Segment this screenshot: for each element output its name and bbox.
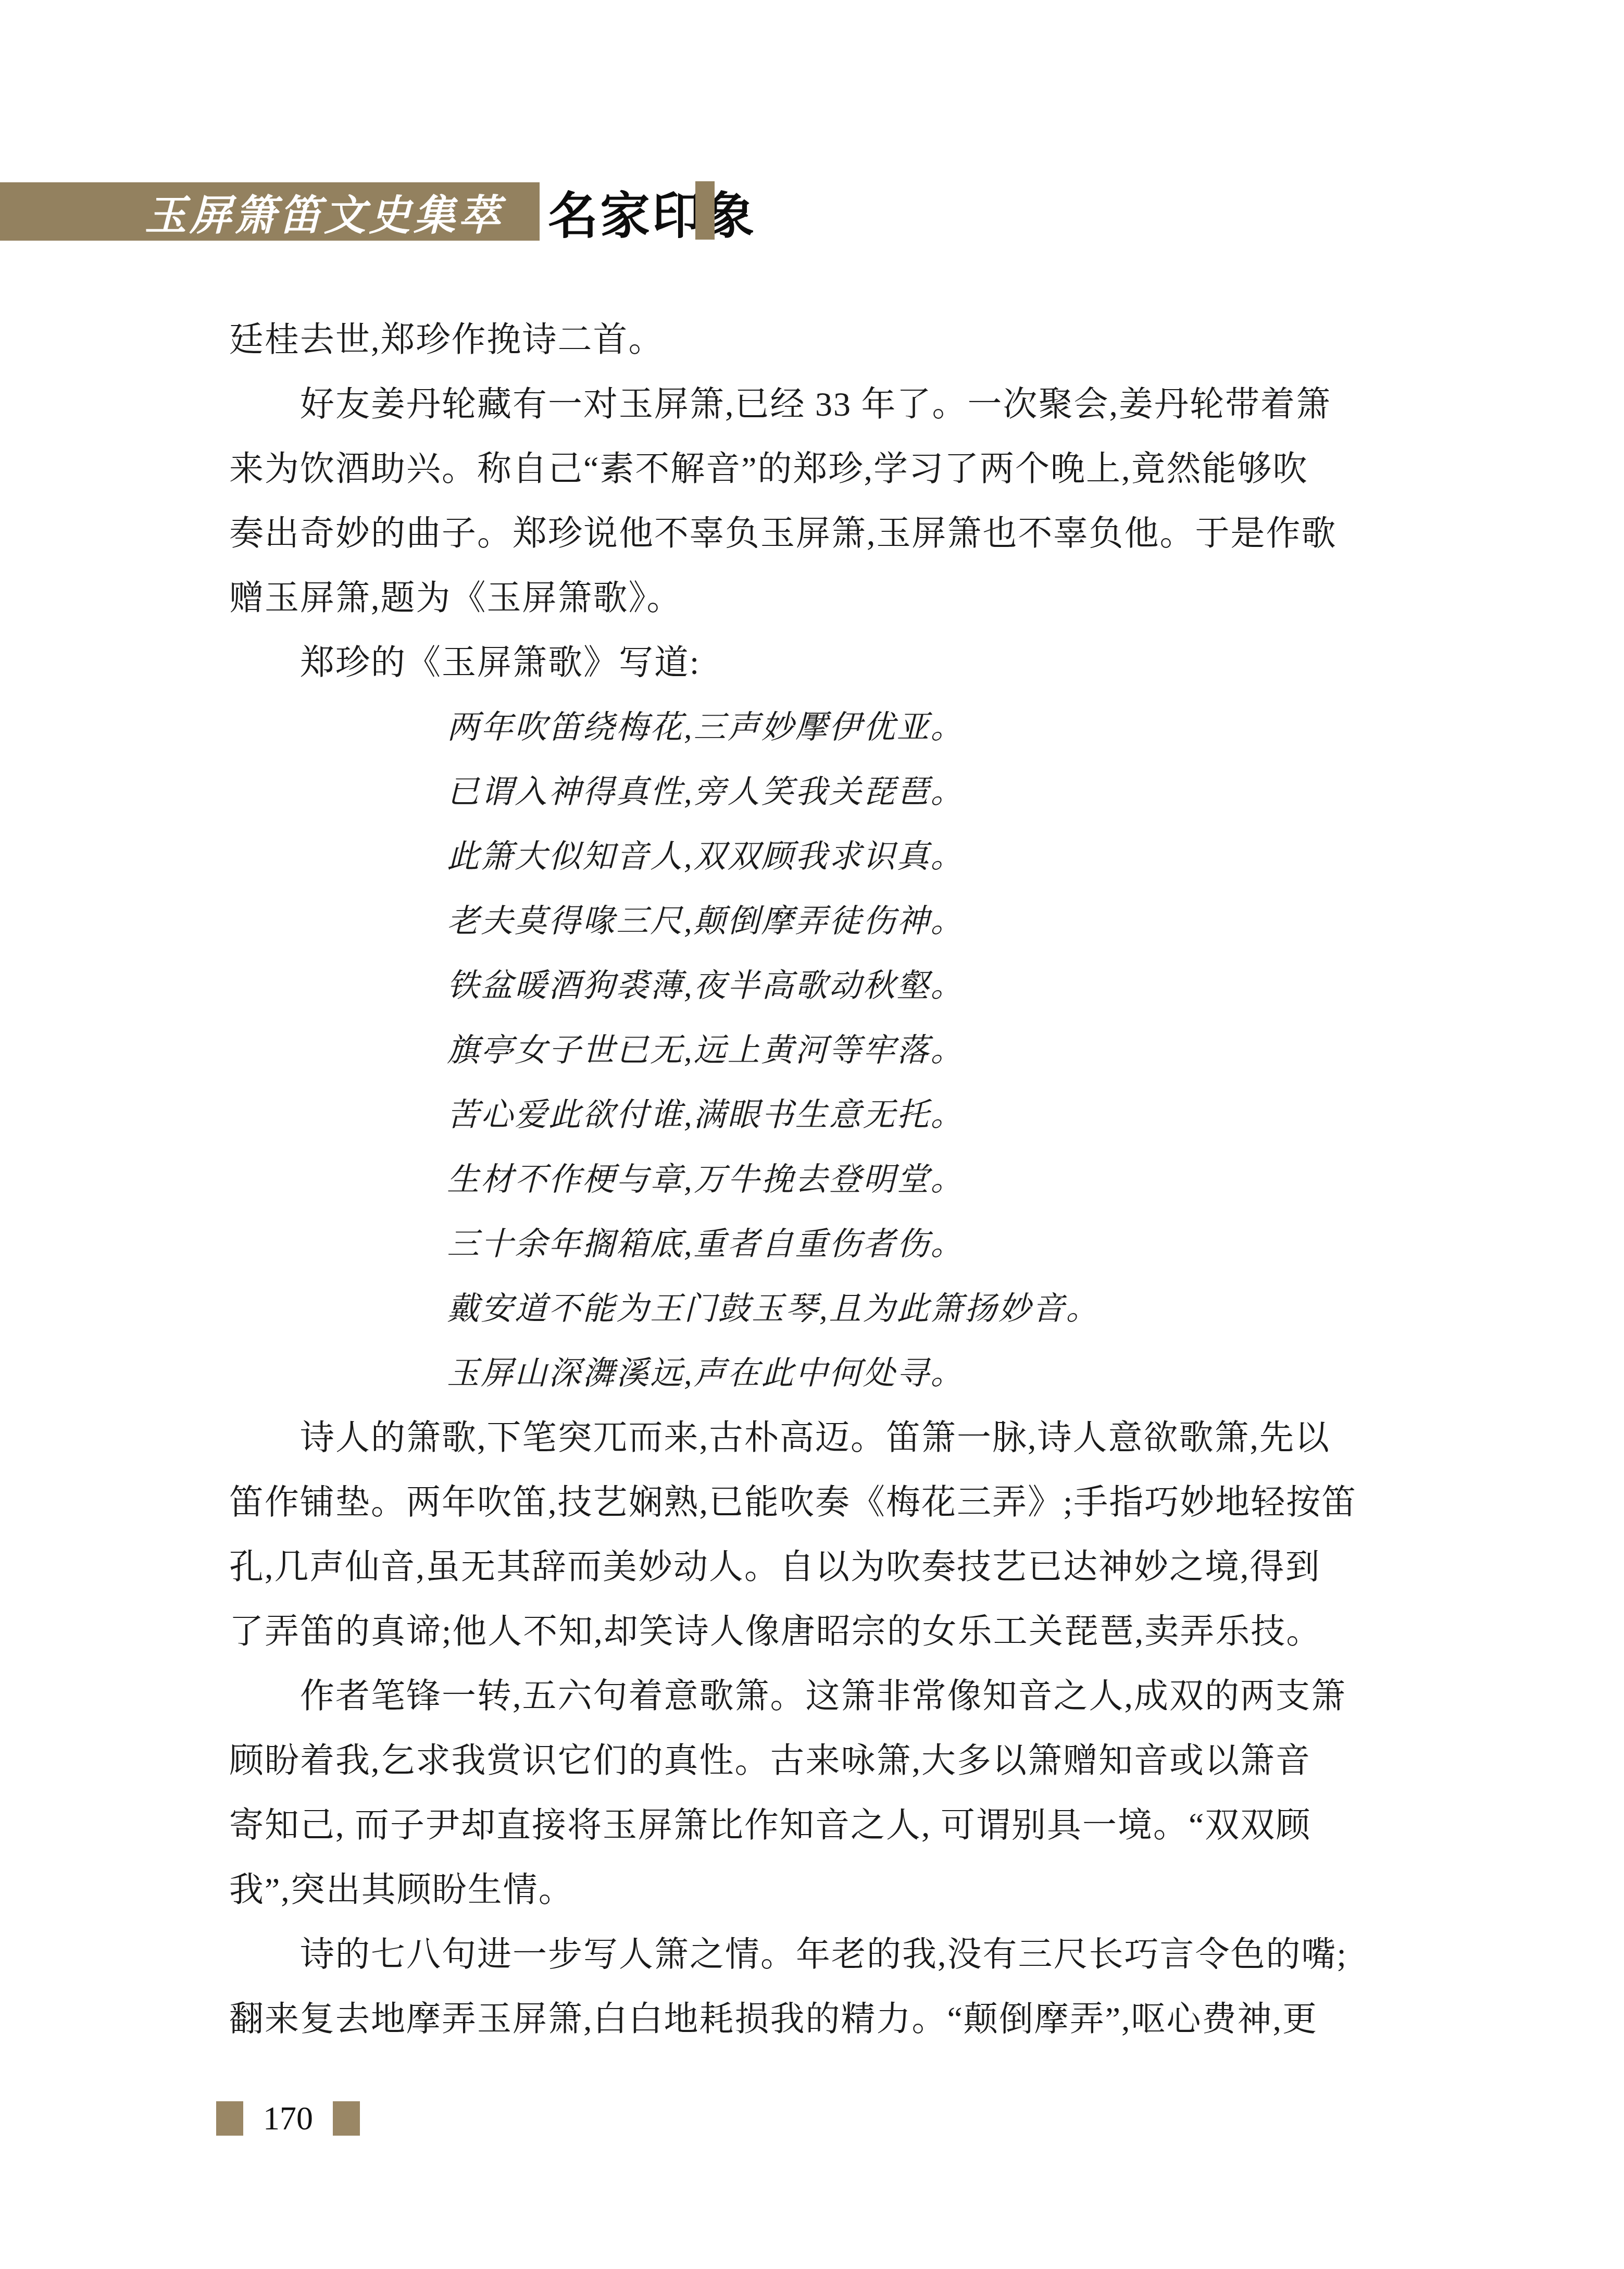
poem-line: 此箫大似知音人,双双顾我求识真。 (447, 825, 1370, 889)
body-text: 廷桂去世,郑珍作挽诗二首。 好友姜丹轮藏有一对玉屏箫,已经 33 年了。一次聚会… (229, 308, 1370, 2052)
page-footer: 170 (216, 2101, 360, 2136)
text-line: 作者笔锋一转,五六句着意歌箫。这箫非常像知音之人,成双的两支箫 (229, 1664, 1370, 1729)
page-number: 170 (263, 2101, 313, 2136)
text-line: 诗人的箫歌,下笔突兀而来,古朴高迈。笛箫一脉,诗人意欲歌箫,先以 (229, 1406, 1370, 1470)
poem-line: 苦心爱此欲付谁,满眼书生意无托。 (447, 1083, 1370, 1148)
poem-line: 两年吹笛绕梅花,三声妙擪伊优亚。 (447, 695, 1370, 760)
text-line: 赠玉屏箫,题为《玉屏箫歌》。 (229, 566, 1370, 631)
text-line: 奏出奇妙的曲子。郑珍说他不辜负玉屏箫,玉屏箫也不辜负他。于是作歌 (229, 502, 1370, 566)
footer-left-square (216, 2101, 243, 2136)
text-line: 寄知己, 而子尹却直接将玉屏箫比作知音之人, 可谓别具一境。“双双顾 (229, 1793, 1370, 1858)
text-line: 孔,几声仙音,虽无其辞而美妙动人。自以为吹奏技艺已达神妙之境,得到 (229, 1535, 1370, 1600)
text-line: 顾盼着我,乞求我赏识它们的真性。古来咏箫,大多以箫赠知音或以箫音 (229, 1729, 1370, 1793)
poem-line: 生材不作梗与章,万牛挽去登明堂。 (447, 1148, 1370, 1212)
header-accent-bar (695, 181, 715, 240)
text-line: 廷桂去世,郑珍作挽诗二首。 (229, 308, 1370, 372)
text-line: 诗的七八句进一步写人箫之情。年老的我,没有三尺长巧言令色的嘴; (229, 1923, 1370, 1987)
footer-right-square (333, 2101, 360, 2136)
book-page: 玉屏箫笛文史集萃 名家印象 廷桂去世,郑珍作挽诗二首。 好友姜丹轮藏有一对玉屏箫… (0, 0, 1624, 2269)
poem-line: 已谓入神得真性,旁人笑我关琵琶。 (447, 760, 1370, 825)
poem-line: 戴安道不能为王门鼓玉琴,且为此箫扬妙音。 (447, 1277, 1370, 1341)
text-line: 了弄笛的真谛;他人不知,却笑诗人像唐昭宗的女乐工关琵琶,卖弄乐技。 (229, 1600, 1370, 1664)
header-section-title: 名家印象 (548, 182, 756, 241)
poem-line: 老夫莫得喙三尺,颠倒摩弄徒伤神。 (447, 889, 1370, 954)
text-line: 郑珍的《玉屏箫歌》写道: (229, 631, 1370, 695)
text-line: 翻来复去地摩弄玉屏箫,白白地耗损我的精力。“颠倒摩弄”,呕心费神,更 (229, 1987, 1370, 2052)
text-line: 来为饮酒助兴。称自己“素不解音”的郑珍,学习了两个晚上,竟然能够吹 (229, 437, 1370, 502)
text-line: 我”,突出其顾盼生情。 (229, 1858, 1370, 1923)
poem-line: 铁盆暖酒狗裘薄,夜半高歌动秋壑。 (447, 954, 1370, 1018)
text-line: 好友姜丹轮藏有一对玉屏箫,已经 33 年了。一次聚会,姜丹轮带着箫 (229, 372, 1370, 437)
text-line: 笛作铺垫。两年吹笛,技艺娴熟,已能吹奏《梅花三弄》;手指巧妙地轻按笛 (229, 1470, 1370, 1535)
poem-line: 旗亭女子世已无,远上黄河等牢落。 (447, 1018, 1370, 1083)
header-banner: 玉屏箫笛文史集萃 (0, 182, 540, 241)
poem-line: 玉屏山深㵲溪远,声在此中何处寻。 (447, 1341, 1370, 1406)
poem-line: 三十余年搁箱底,重者自重伤者伤。 (447, 1212, 1370, 1277)
series-title-calligraphy: 玉屏箫笛文史集萃 (145, 182, 503, 242)
